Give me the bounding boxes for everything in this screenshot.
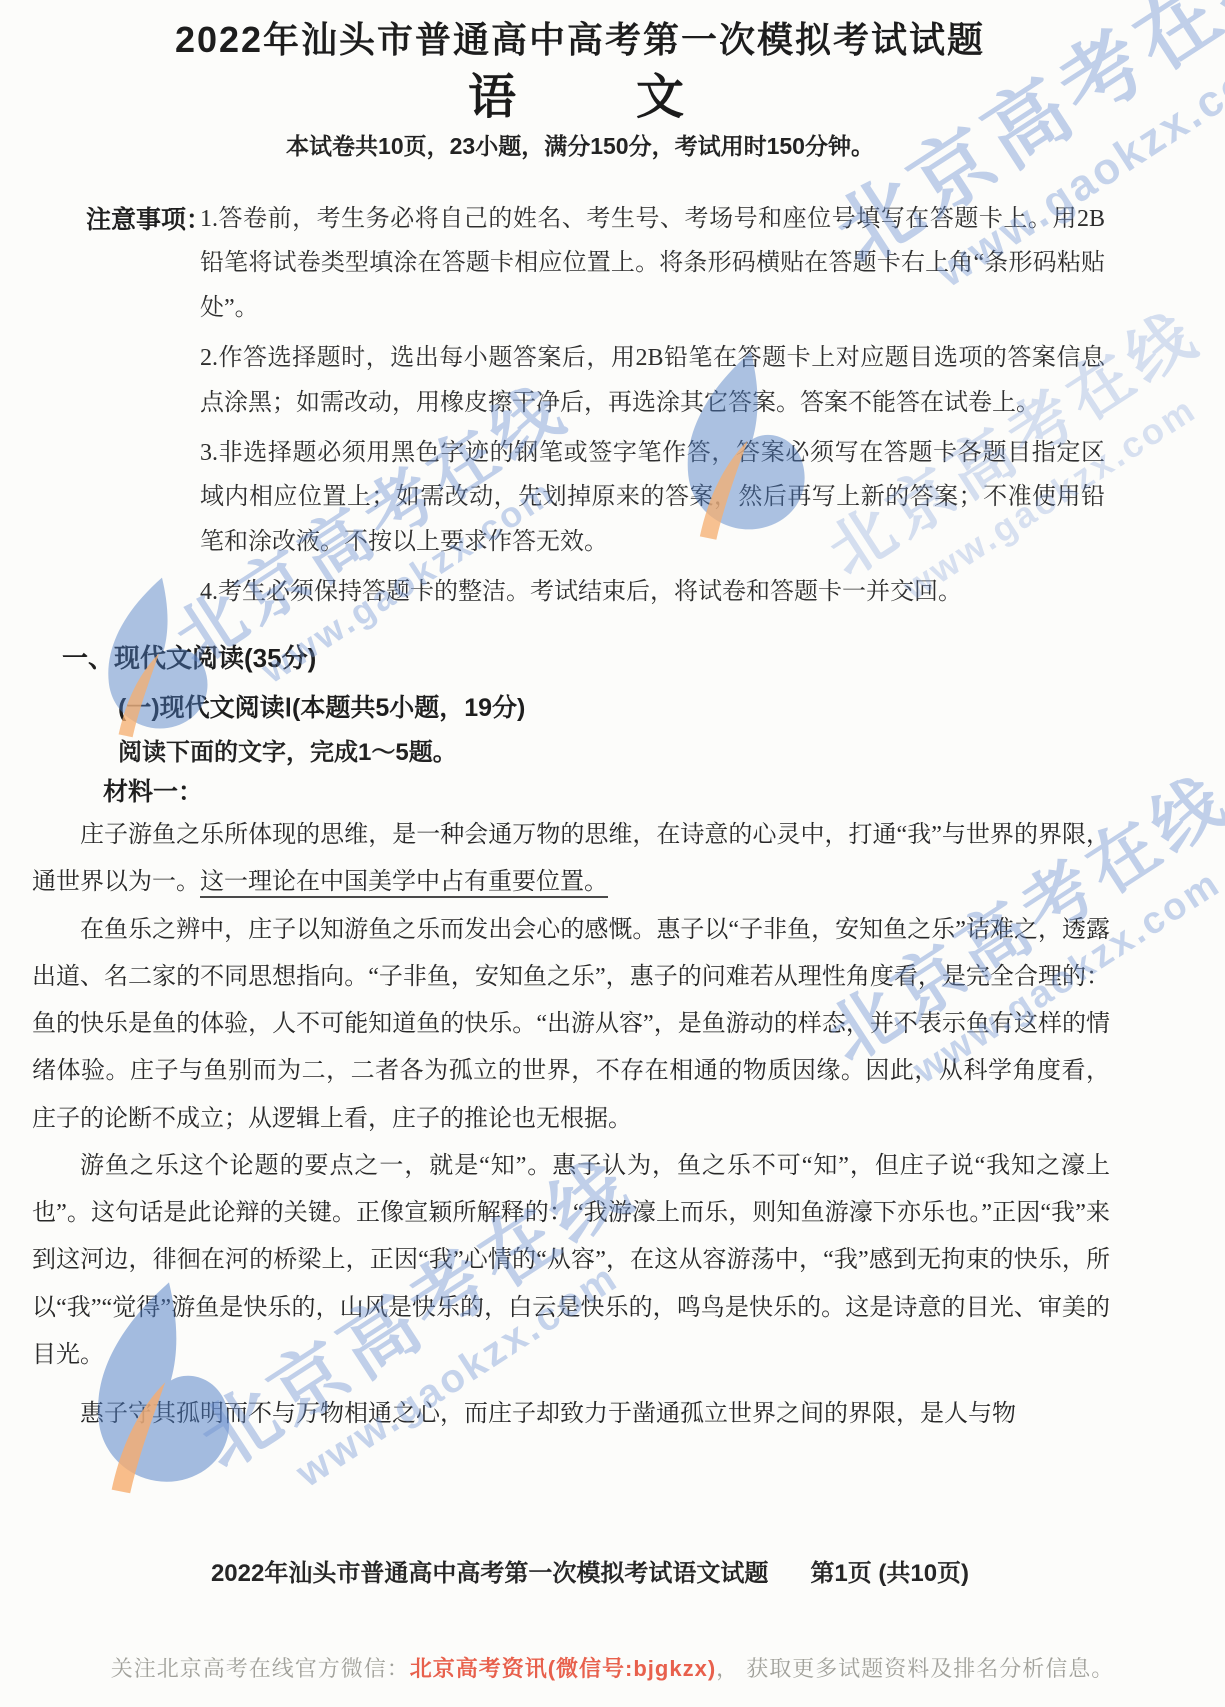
notices-list: 1.答卷前，考生务必将自己的姓名、考生号、考场号和座位号填写在答题卡上。用2B铅… (200, 197, 1105, 621)
passage-paragraph-4: 惠子守其孤明而不与万物相通之心，而庄子却致力于凿通孤立世界之间的界限，是人与物 (32, 1391, 1110, 1438)
exam-info-line: 本试卷共10页，23小题，满分150分，考试用时150分钟。 (0, 128, 1160, 161)
promo-banner: 关注北京高考在线官方微信：北京高考资讯(微信号:bjgkzx)， 获取更多试题资… (0, 1652, 1225, 1683)
page-footer: 2022年汕头市普通高中高考第一次模拟考试语文试题第1页 (共10页) (0, 1553, 1180, 1588)
notice-item-1: 1.答卷前，考生务必将自己的姓名、考生号、考场号和座位号填写在答题卡上。用2B铅… (200, 197, 1105, 330)
notices-label: 注意事项： (86, 200, 211, 236)
subject-title: 语 文 (0, 58, 1160, 127)
notice-item-4: 4.考生必须保持答题卡的整洁。考试结束后，将试卷和答题卡一并交回。 (200, 570, 1105, 614)
banner-prefix-text: 关注北京高考在线官方微信： (111, 1656, 410, 1681)
section-subheading: (一)现代文阅读Ⅰ(本题共5小题，19分) (118, 688, 525, 724)
notice-item-2: 2.作答选择题时，选出每小题答案后，用2B铅笔在答题卡上对应题目选项的答案信息点… (200, 336, 1105, 425)
banner-wechat-text: 北京高考资讯(微信号:bjgkzx) (410, 1656, 716, 1681)
material-label: 材料一： (103, 772, 203, 808)
page-title: 2022年汕头市普通高中高考第一次模拟考试试题 (0, 12, 1160, 63)
footer-exam-title: 2022年汕头市普通高中高考第一次模拟考试语文试题 (211, 1560, 768, 1587)
exam-paper-page: 2022年汕头市普通高中高考第一次模拟考试试题 语 文 本试卷共10页，23小题… (0, 0, 1225, 1707)
passage-paragraph-1: 庄子游鱼之乐所体现的思维，是一种会通万物的思维，在诗意的心灵中，打通“我”与世界… (32, 812, 1110, 907)
passage-paragraph-3: 游鱼之乐这个论题的要点之一，就是“知”。惠子认为，鱼之乐不可“知”，但庄子说“我… (32, 1143, 1110, 1379)
section-heading: 一、现代文阅读(35分) (62, 638, 316, 675)
footer-page-number: 第1页 (共10页) (768, 1560, 969, 1587)
reading-passage: 庄子游鱼之乐所体现的思维，是一种会通万物的思维，在诗意的心灵中，打通“我”与世界… (32, 812, 1110, 1438)
passage-paragraph-2: 在鱼乐之辨中，庄子以知游鱼之乐而发出会心的感慨。惠子以“子非鱼，安知鱼之乐”诘难… (32, 907, 1110, 1143)
passage-p1-underlined-text: 这一理论在中国美学中占有重要位置。 (200, 869, 608, 898)
section-instruction: 阅读下面的文字，完成1～5题。 (118, 732, 457, 767)
banner-suffix-text: ， 获取更多试题资料及排名分析信息。 (716, 1656, 1114, 1681)
notice-item-3: 3.非选择题必须用黑色字迹的钢笔或签字笔作答，答案必须写在答题卡各题目指定区域内… (200, 431, 1105, 564)
